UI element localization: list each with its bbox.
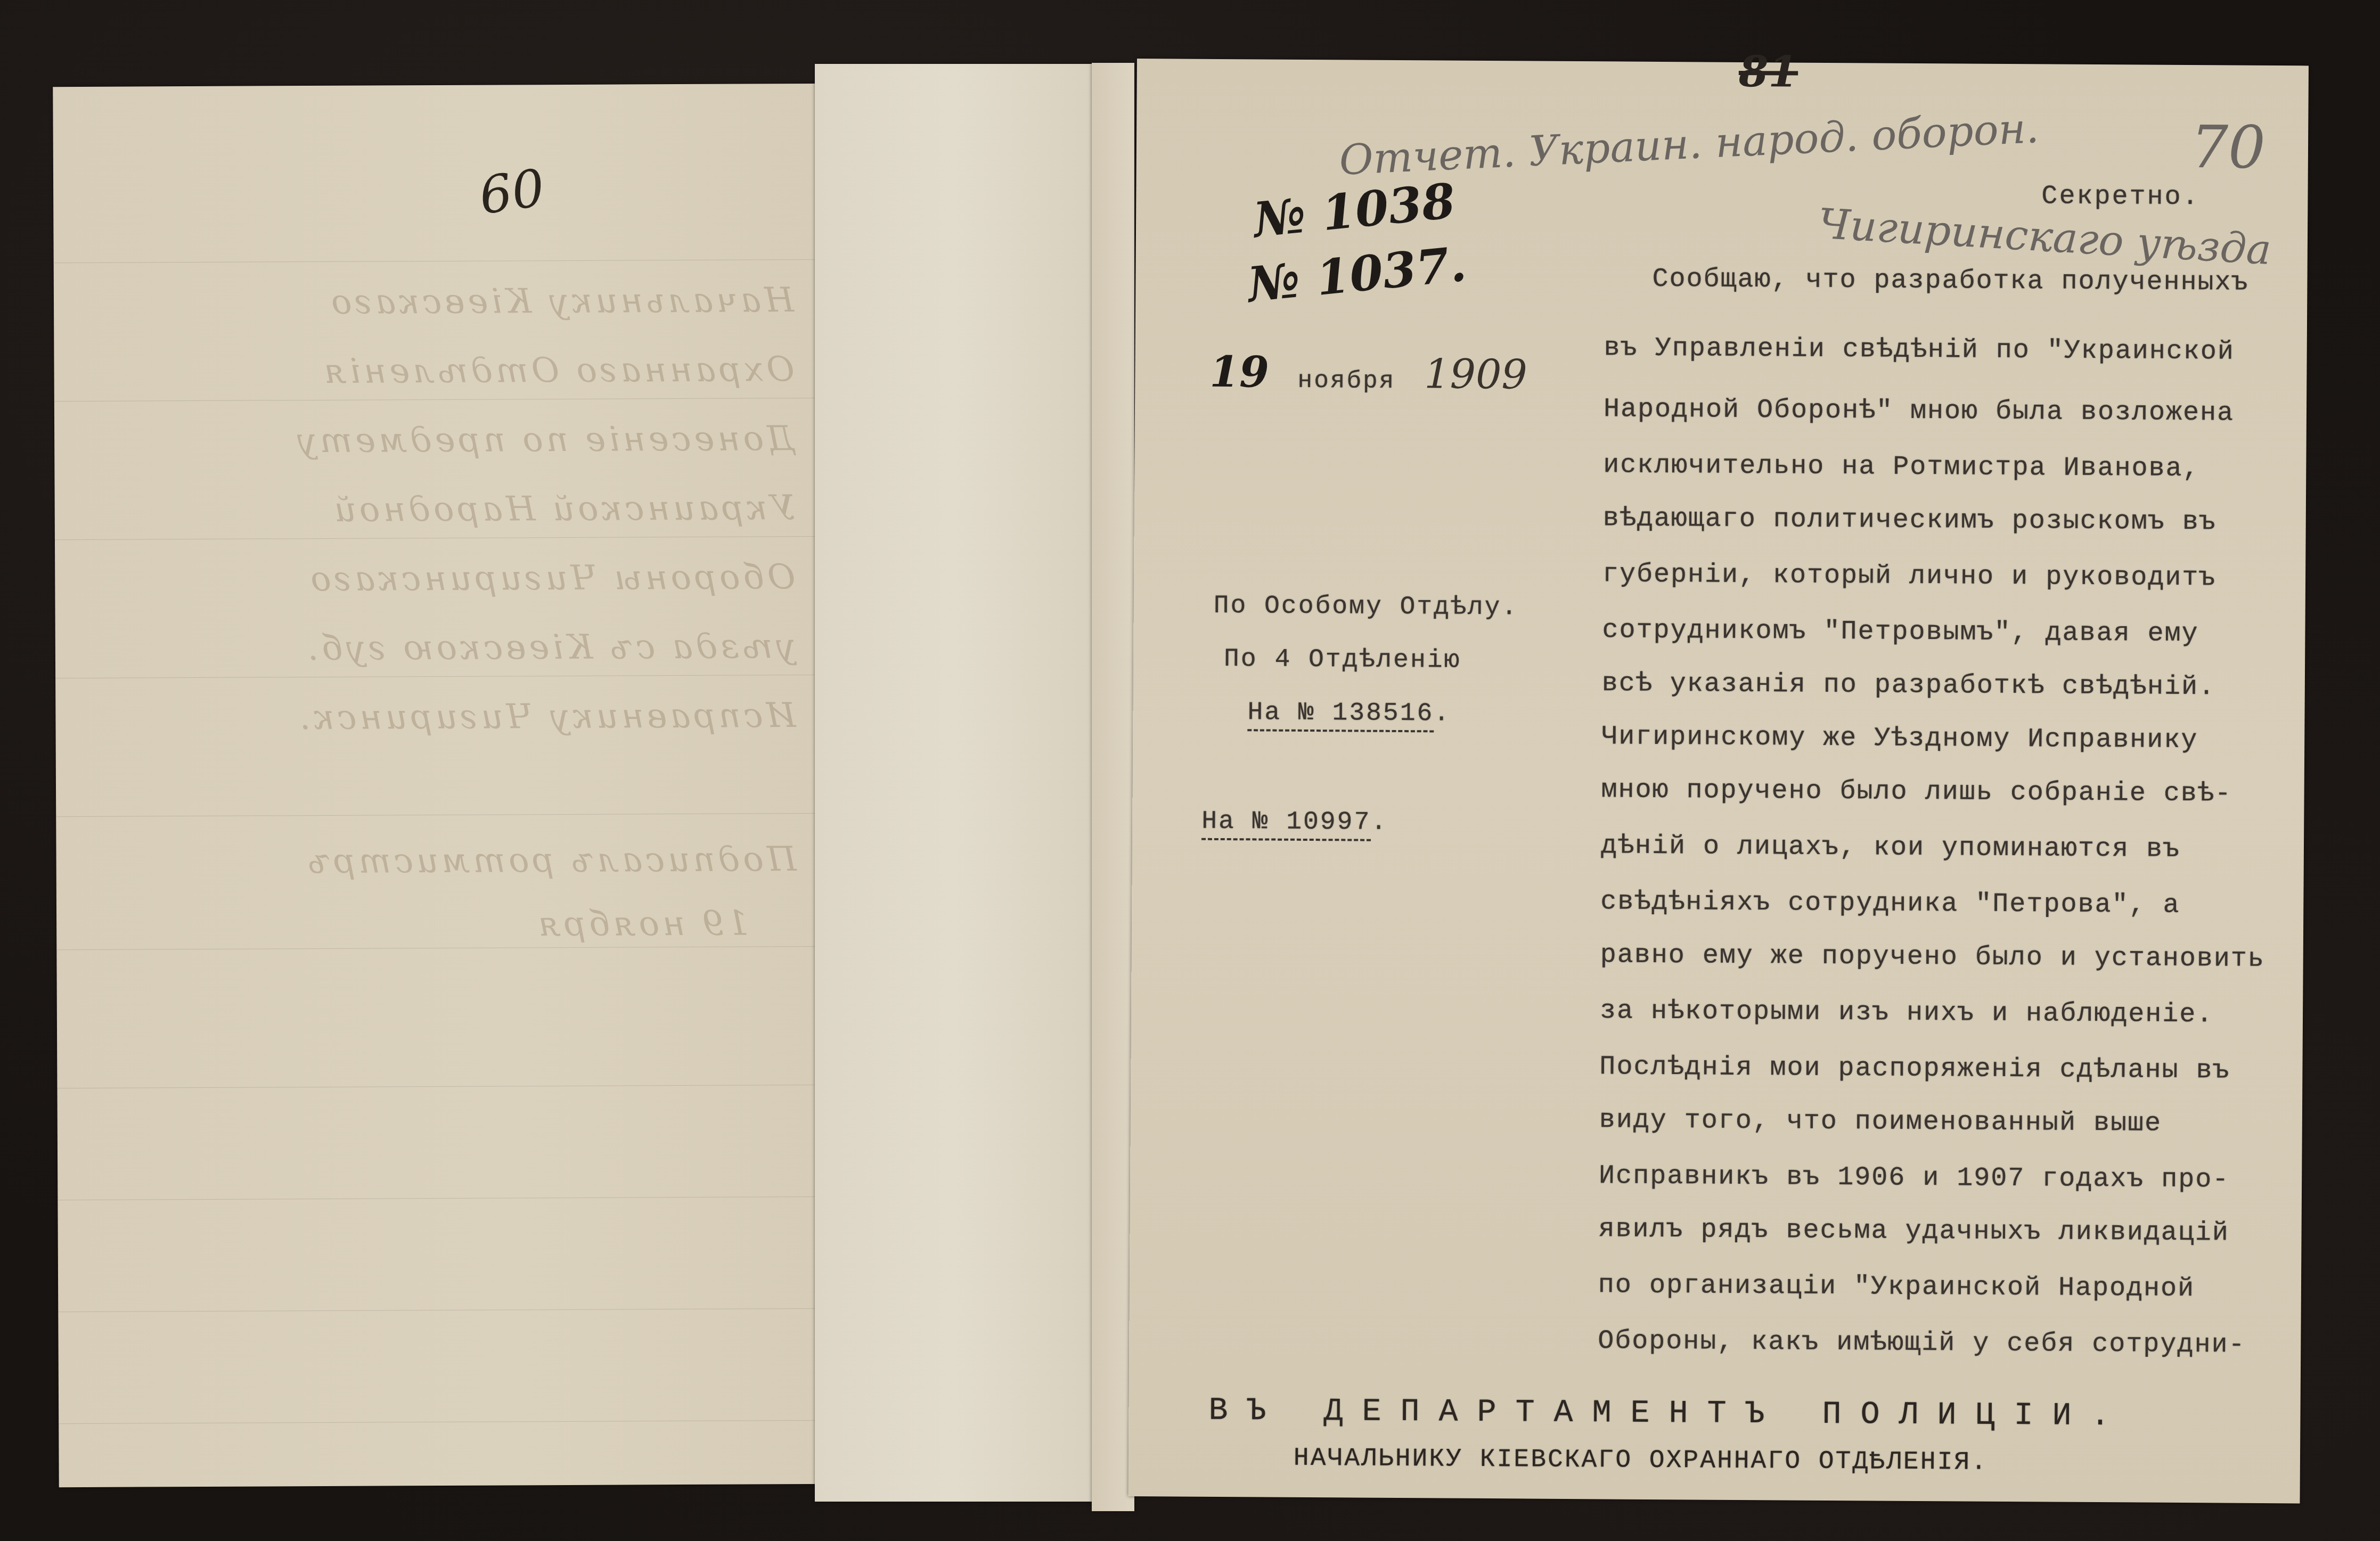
body-line: по организаціи "Украинской Народной xyxy=(1598,1270,2195,1304)
body-line: мною поручено было лишь собраніе свѣ- xyxy=(1601,775,2232,809)
fold-strip xyxy=(1092,63,1134,1511)
bleed-through-text: Обороны Чигиринскаго xyxy=(103,558,795,609)
folio-number: 60 xyxy=(476,158,549,226)
ref-special-section: По Особому Отдѣлу. xyxy=(1214,592,1519,622)
ruled-line xyxy=(56,813,823,817)
date-year: 1909 xyxy=(1424,350,1527,398)
body-line: свѣдѣніяхъ сотрудника "Петрова", а xyxy=(1600,887,2180,921)
body-line: виду того, что поименованный выше xyxy=(1599,1105,2162,1138)
left-page: 60 Начальнику Кіевскаго Охраннаго Отдѣле… xyxy=(53,84,825,1487)
ref-number-10997: На № 10997. xyxy=(1201,807,1388,837)
addressee-chief: НАЧАЛЬНИКУ КІЕВСКАГО ОХРАННАГО ОТДѢЛЕНІЯ… xyxy=(1294,1444,1988,1477)
date-day: 19 xyxy=(1209,347,1269,397)
ruled-line xyxy=(54,259,821,263)
body-line: равно ему же поручено было и установить xyxy=(1600,940,2266,974)
body-line: Послѣднія мои распоряженія сдѣланы въ xyxy=(1599,1052,2230,1086)
addressee-department: ВЪ ДЕПАРТАМЕНТЪ ПОЛИЦІИ. xyxy=(1208,1393,2129,1435)
ref-4th-department: По 4 Отдѣленію xyxy=(1224,645,1461,675)
right-page: Отчет. Украин. народ. оборон. 81 70 Секр… xyxy=(1128,59,2309,1503)
body-line: дѣній о лицахъ, кои упоминаются въ xyxy=(1601,831,2180,865)
body-line: Сообщаю, что разработка полученныхъ xyxy=(1652,264,2248,298)
body-line: всѣ указанія по разработкѣ свѣдѣній. xyxy=(1602,668,2216,702)
ref-number-label: На № 10997 xyxy=(1201,807,1371,841)
ref-suffix: . xyxy=(1371,808,1388,837)
ref-number: 10997 xyxy=(1286,808,1371,837)
pencil-annotation-title: Отчет. Украин. народ. оборон. xyxy=(1338,104,2040,185)
body-line: за нѣкоторыми изъ нихъ и наблюденіе. xyxy=(1600,996,2214,1030)
body-line: явилъ рядъ весьма удачныхъ ликвидацій xyxy=(1598,1214,2229,1248)
bleed-through-text: Донесеніе по предмету xyxy=(102,419,795,470)
ruled-line xyxy=(57,1085,824,1088)
body-line: губерніи, который лично и руководитъ xyxy=(1602,559,2217,593)
bleed-through-text: Подписалъ ротмистръ xyxy=(104,840,796,891)
body-line: исключительно на Ротмистра Иванова, xyxy=(1603,450,2199,484)
body-line: Обороны, какъ имѣющій у себя сотрудни- xyxy=(1598,1326,2246,1360)
body-line: Чигиринскому же Уѣздному Исправнику xyxy=(1601,722,2198,756)
ref-suffix: . xyxy=(1434,699,1451,728)
ruled-line xyxy=(59,1420,825,1424)
registration-number-2: № 1037. xyxy=(1245,236,1468,314)
ref-number-label: На № 138516 xyxy=(1247,698,1434,732)
ref-number-138516: На № 138516. xyxy=(1247,698,1451,728)
registration-number-1: № 1038 xyxy=(1251,173,1458,249)
ref-number: 138516 xyxy=(1332,699,1434,728)
body-line: вѣдающаго политическимъ розыскомъ въ xyxy=(1603,503,2217,537)
bleed-through-text: Исправнику Чигиринск. xyxy=(103,696,796,747)
ref-prefix: На № xyxy=(1247,698,1315,727)
binding-strip xyxy=(815,64,1092,1502)
bleed-through-text: Начальнику Кіевскаго xyxy=(102,281,794,332)
crossed-number: 81 xyxy=(1739,46,1798,97)
body-line: сотрудникомъ "Петровымъ", давая ему xyxy=(1602,615,2198,649)
date-line: 19 ноября 1909 xyxy=(1209,347,1527,399)
bleed-through-text: 19 ноября xyxy=(429,904,749,953)
body-line: Исправникъ въ 1906 и 1907 годахъ про- xyxy=(1599,1161,2230,1195)
ruled-line xyxy=(58,1196,824,1200)
bleed-through-text: Охраннаго Отдѣленія xyxy=(102,350,794,401)
classification-label: Секретно. xyxy=(2041,181,2199,212)
page-number-pencil: 70 xyxy=(2191,113,2266,182)
ref-prefix: На № xyxy=(1201,807,1270,837)
date-month: ноября xyxy=(1297,367,1395,395)
ruled-line xyxy=(58,1308,825,1312)
bleed-through-text: Украинской Народной xyxy=(103,488,795,539)
bleed-through-text: уѣзда съ Кіевскою губ. xyxy=(103,627,796,678)
body-line: Народной Оборонѣ" мною была возложена xyxy=(1604,394,2235,428)
body-line: въ Управленіи свѣдѣній по "Украинской xyxy=(1604,333,2235,367)
